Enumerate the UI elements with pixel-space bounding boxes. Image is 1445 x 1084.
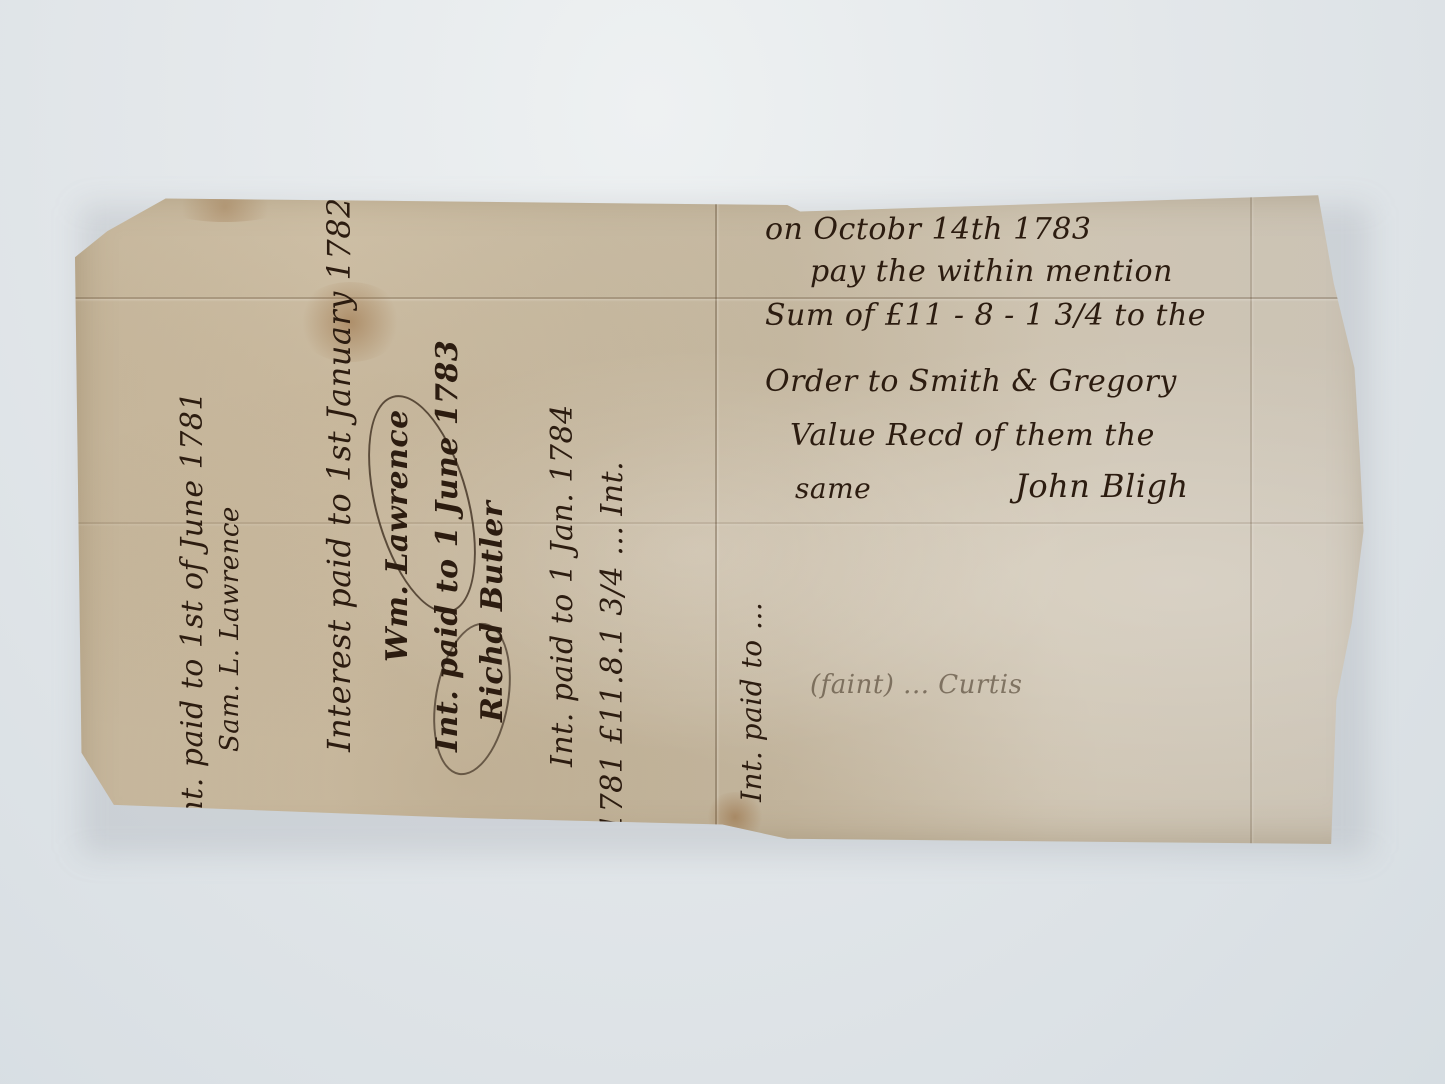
vertical-fold [715, 192, 717, 844]
right-line-1: on Octobr 14th 1783 [765, 212, 1091, 247]
right-line-6: same [795, 472, 871, 505]
right-line-5: Value Recd of them the [790, 418, 1155, 453]
right-line-2: pay the within mention [810, 254, 1173, 289]
signature-john-bligh: John Bligh [1015, 467, 1189, 505]
left-entry-3: Interest paid to 1st January 1782 [320, 197, 358, 752]
faint-endorsement: (faint) ... Curtis [810, 670, 1022, 700]
left-entry-7: Int. paid to 1 Jan. 1784 [545, 404, 580, 767]
vertical-fold-right [1250, 192, 1252, 844]
left-entry-1: Int. paid to 1st of June 1781 [175, 391, 210, 832]
right-line-4: Order to Smith & Gregory [765, 364, 1177, 399]
left-entry-8: 1781 £11.8.1 3/4 ... Int. [595, 461, 630, 832]
stain [165, 192, 285, 222]
horizontal-fold-middle [75, 522, 1370, 524]
left-entry-9: Int. paid to ... [735, 602, 768, 802]
document-paper: Int. paid to 1st of June 1781 Sam. L. La… [75, 192, 1370, 844]
left-entry-2: Sam. L. Lawrence [215, 506, 245, 752]
right-line-3: Sum of £11 - 8 - 1 3/4 to the [765, 298, 1206, 333]
